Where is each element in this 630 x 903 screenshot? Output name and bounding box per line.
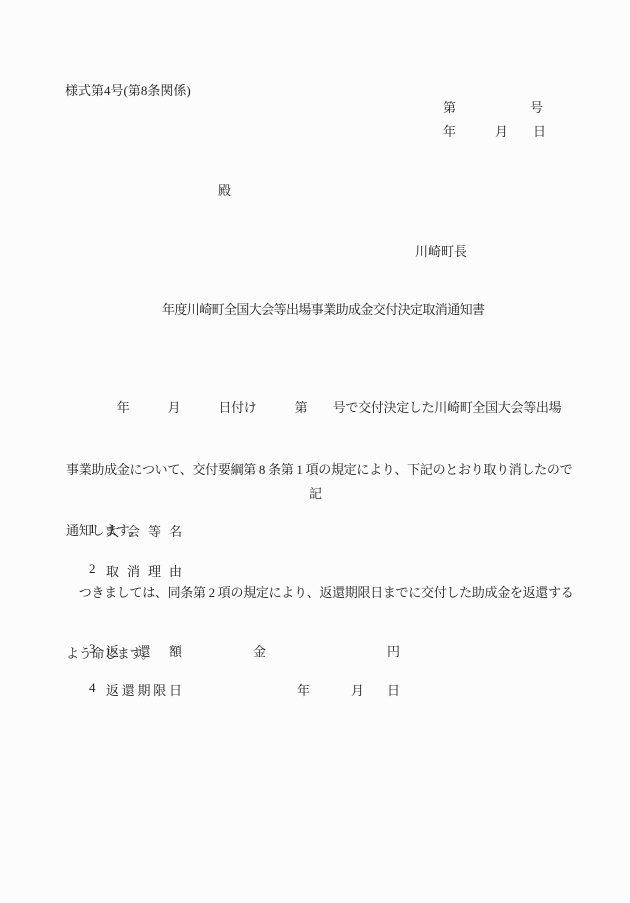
item-number: 4	[89, 680, 96, 696]
deadline-day-label: 日	[387, 680, 400, 699]
amount-suffix-label: 円	[387, 641, 400, 660]
form-number: 様式第4号(第8条関係)	[65, 80, 191, 99]
item-number: 1	[89, 521, 96, 537]
addressee-honorific: 殿	[218, 180, 231, 199]
body-line: 年 月 日付け 第 号で交付決定した川崎町全国大会等出場	[66, 398, 571, 419]
doc-number-prefix: 第	[443, 97, 456, 116]
date-month-label: 月	[495, 121, 508, 140]
item-row-refund-deadline: 4 返還期限日 年 月 日	[0, 680, 630, 698]
deadline-year-label: 年	[297, 680, 310, 699]
sender-title: 川崎町長	[415, 241, 467, 260]
item-row-cancellation-reason: 2 取消理由	[0, 561, 630, 579]
document-page: 様式第4号(第8条関係) 第 号 年 月 日 殿 川崎町長 年度川崎町全国大会等…	[0, 0, 630, 903]
item-label: 返還額	[106, 641, 182, 660]
item-label: 取消理由	[106, 561, 182, 580]
record-heading: 記	[309, 483, 322, 502]
body-line: 事業助成金について、交付要綱第 8 条第 1 項の規定により、下記のとおり取り消…	[66, 460, 571, 481]
item-number: 3	[89, 641, 96, 657]
body-line: つきましては、同条第 2 項の規定により、返還期限日までに交付した助成金を返還す…	[66, 583, 571, 604]
date-day-label: 日	[533, 121, 546, 140]
doc-number-suffix: 号	[530, 97, 543, 116]
amount-prefix-label: 金	[253, 641, 266, 660]
item-row-tournament-name: 1 大会等名	[0, 521, 630, 539]
deadline-month-label: 月	[351, 680, 364, 699]
item-label: 返還期限日	[106, 680, 182, 699]
item-number: 2	[89, 561, 96, 577]
item-row-refund-amount: 3 返還額 金 円	[0, 641, 630, 659]
document-title: 年度川崎町全国大会等出場事業助成金交付決定取消通知書	[162, 299, 484, 318]
date-year-label: 年	[443, 121, 456, 140]
item-label: 大会等名	[106, 521, 182, 540]
